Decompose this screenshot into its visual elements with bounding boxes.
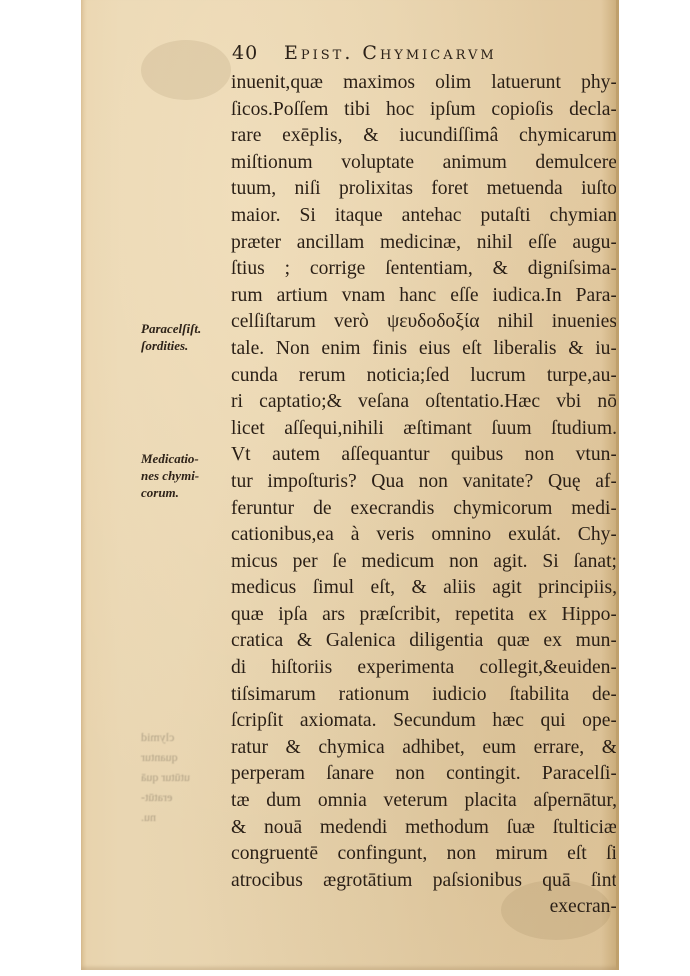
marginal-note-paracelsists: Paracelſiſt. ſordities. — [141, 320, 231, 354]
marginal-note-medicationes: Medicatio- nes chymi- corum. — [141, 450, 231, 501]
marginal-note-line: nes chymi- — [141, 467, 231, 484]
text-line: Vt autem aſſequantur quibus non vtun- — [231, 442, 617, 469]
text-line: inuenit,quæ maximos olim latuerunt phy- — [231, 70, 617, 97]
paper-stain — [141, 40, 231, 100]
text-line: micus per ſe medicum non agit. Si ſanat; — [231, 549, 617, 576]
marginal-note-line: ſordities. — [141, 337, 231, 354]
text-line: & nouā medendi methodum ſuæ ſtulticiæ — [231, 815, 617, 842]
page-number: 40 — [232, 42, 258, 64]
text-line: tur impoſturis? Qua non vanitate? Quę af… — [231, 469, 617, 496]
show-through-line: clymid — [141, 727, 231, 747]
text-line: congruentē confingunt, non mirum eſt ſi — [231, 841, 617, 868]
show-through-line: utūtur quā — [141, 767, 231, 787]
text-line: licet aſſequi,nihili æſtimant ſuum ſtudi… — [231, 416, 617, 443]
show-through-text: clymid quantur utūtur quā eratūt- nu. — [141, 727, 231, 827]
text-line: præter ancillam medicinæ, nihil eſſe aug… — [231, 230, 617, 257]
text-line: rum artium vnam hanc eſſe iudica.In Para… — [231, 283, 617, 310]
marginal-note-line: corum. — [141, 484, 231, 501]
show-through-line: eratūt- — [141, 787, 231, 807]
body-text: inuenit,quæ maximos olim latuerunt phy- … — [231, 70, 617, 921]
text-line: perperam ſanare non contingit. Paracelſi… — [231, 761, 617, 788]
text-line: tale. Non enim finis eius eſt liberalis … — [231, 336, 617, 363]
text-line: rare exēplis, & iucundiſſimâ chymicarum — [231, 123, 617, 150]
text-line: miſtionum voluptate animum demulcere — [231, 150, 617, 177]
text-line: tuum, niſi prolixitas foret metuenda iuſ… — [231, 176, 617, 203]
page-header: 40 Epist. Chymicarvm — [232, 42, 627, 68]
text-line: cunda rerum noticia;ſed lucrum turpe,au- — [231, 363, 617, 390]
text-line: cratica & Galenica diligentia quæ ex mun… — [231, 628, 617, 655]
text-line: cationibus,ea à veris omnino exulát. Chy… — [231, 522, 617, 549]
catchword: execran- — [231, 894, 617, 921]
text-line: atrocibus ægrotātium paſsionibus quā ſin… — [231, 868, 617, 895]
text-line: di hiſtoriis experimenta collegit,&euide… — [231, 655, 617, 682]
text-line: ſtius ; corrige ſententiam, & digniſsima… — [231, 256, 617, 283]
text-line: medicus ſimul eſt, & aliis agit principi… — [231, 575, 617, 602]
show-through-line: quantur — [141, 747, 231, 767]
text-line: maior. Si itaque antehac putaſti chymian — [231, 203, 617, 230]
running-title: Epist. Chymicarvm — [284, 42, 497, 64]
book-page: 40 Epist. Chymicarvm Paracelſiſt. ſordit… — [81, 0, 619, 970]
text-line: quæ ipſa ars præſcribit, repetita ex Hip… — [231, 602, 617, 629]
show-through-line: nu. — [141, 807, 231, 827]
text-line: tiſsimarum rationum iudicio ſtabilita de… — [231, 682, 617, 709]
text-line: celſiſtarum verò ψευδοδοξία nihil inueni… — [231, 309, 617, 336]
text-line: feruntur de execrandis chymicorum medi- — [231, 496, 617, 523]
text-line: tæ dum omnia veterum placita aſpernātur, — [231, 788, 617, 815]
marginal-note-line: Medicatio- — [141, 450, 231, 467]
text-line: ſicos.Poſſem tibi hoc ipſum copioſis dec… — [231, 97, 617, 124]
text-line: ri captatio;& veſana oſtentatio.Hæc vbi … — [231, 389, 617, 416]
marginal-note-line: Paracelſiſt. — [141, 320, 231, 337]
text-line: ratur & chymica adhibet, eum errare, & — [231, 735, 617, 762]
text-line: ſcripſit axiomata. Secundum hæc qui ope- — [231, 708, 617, 735]
